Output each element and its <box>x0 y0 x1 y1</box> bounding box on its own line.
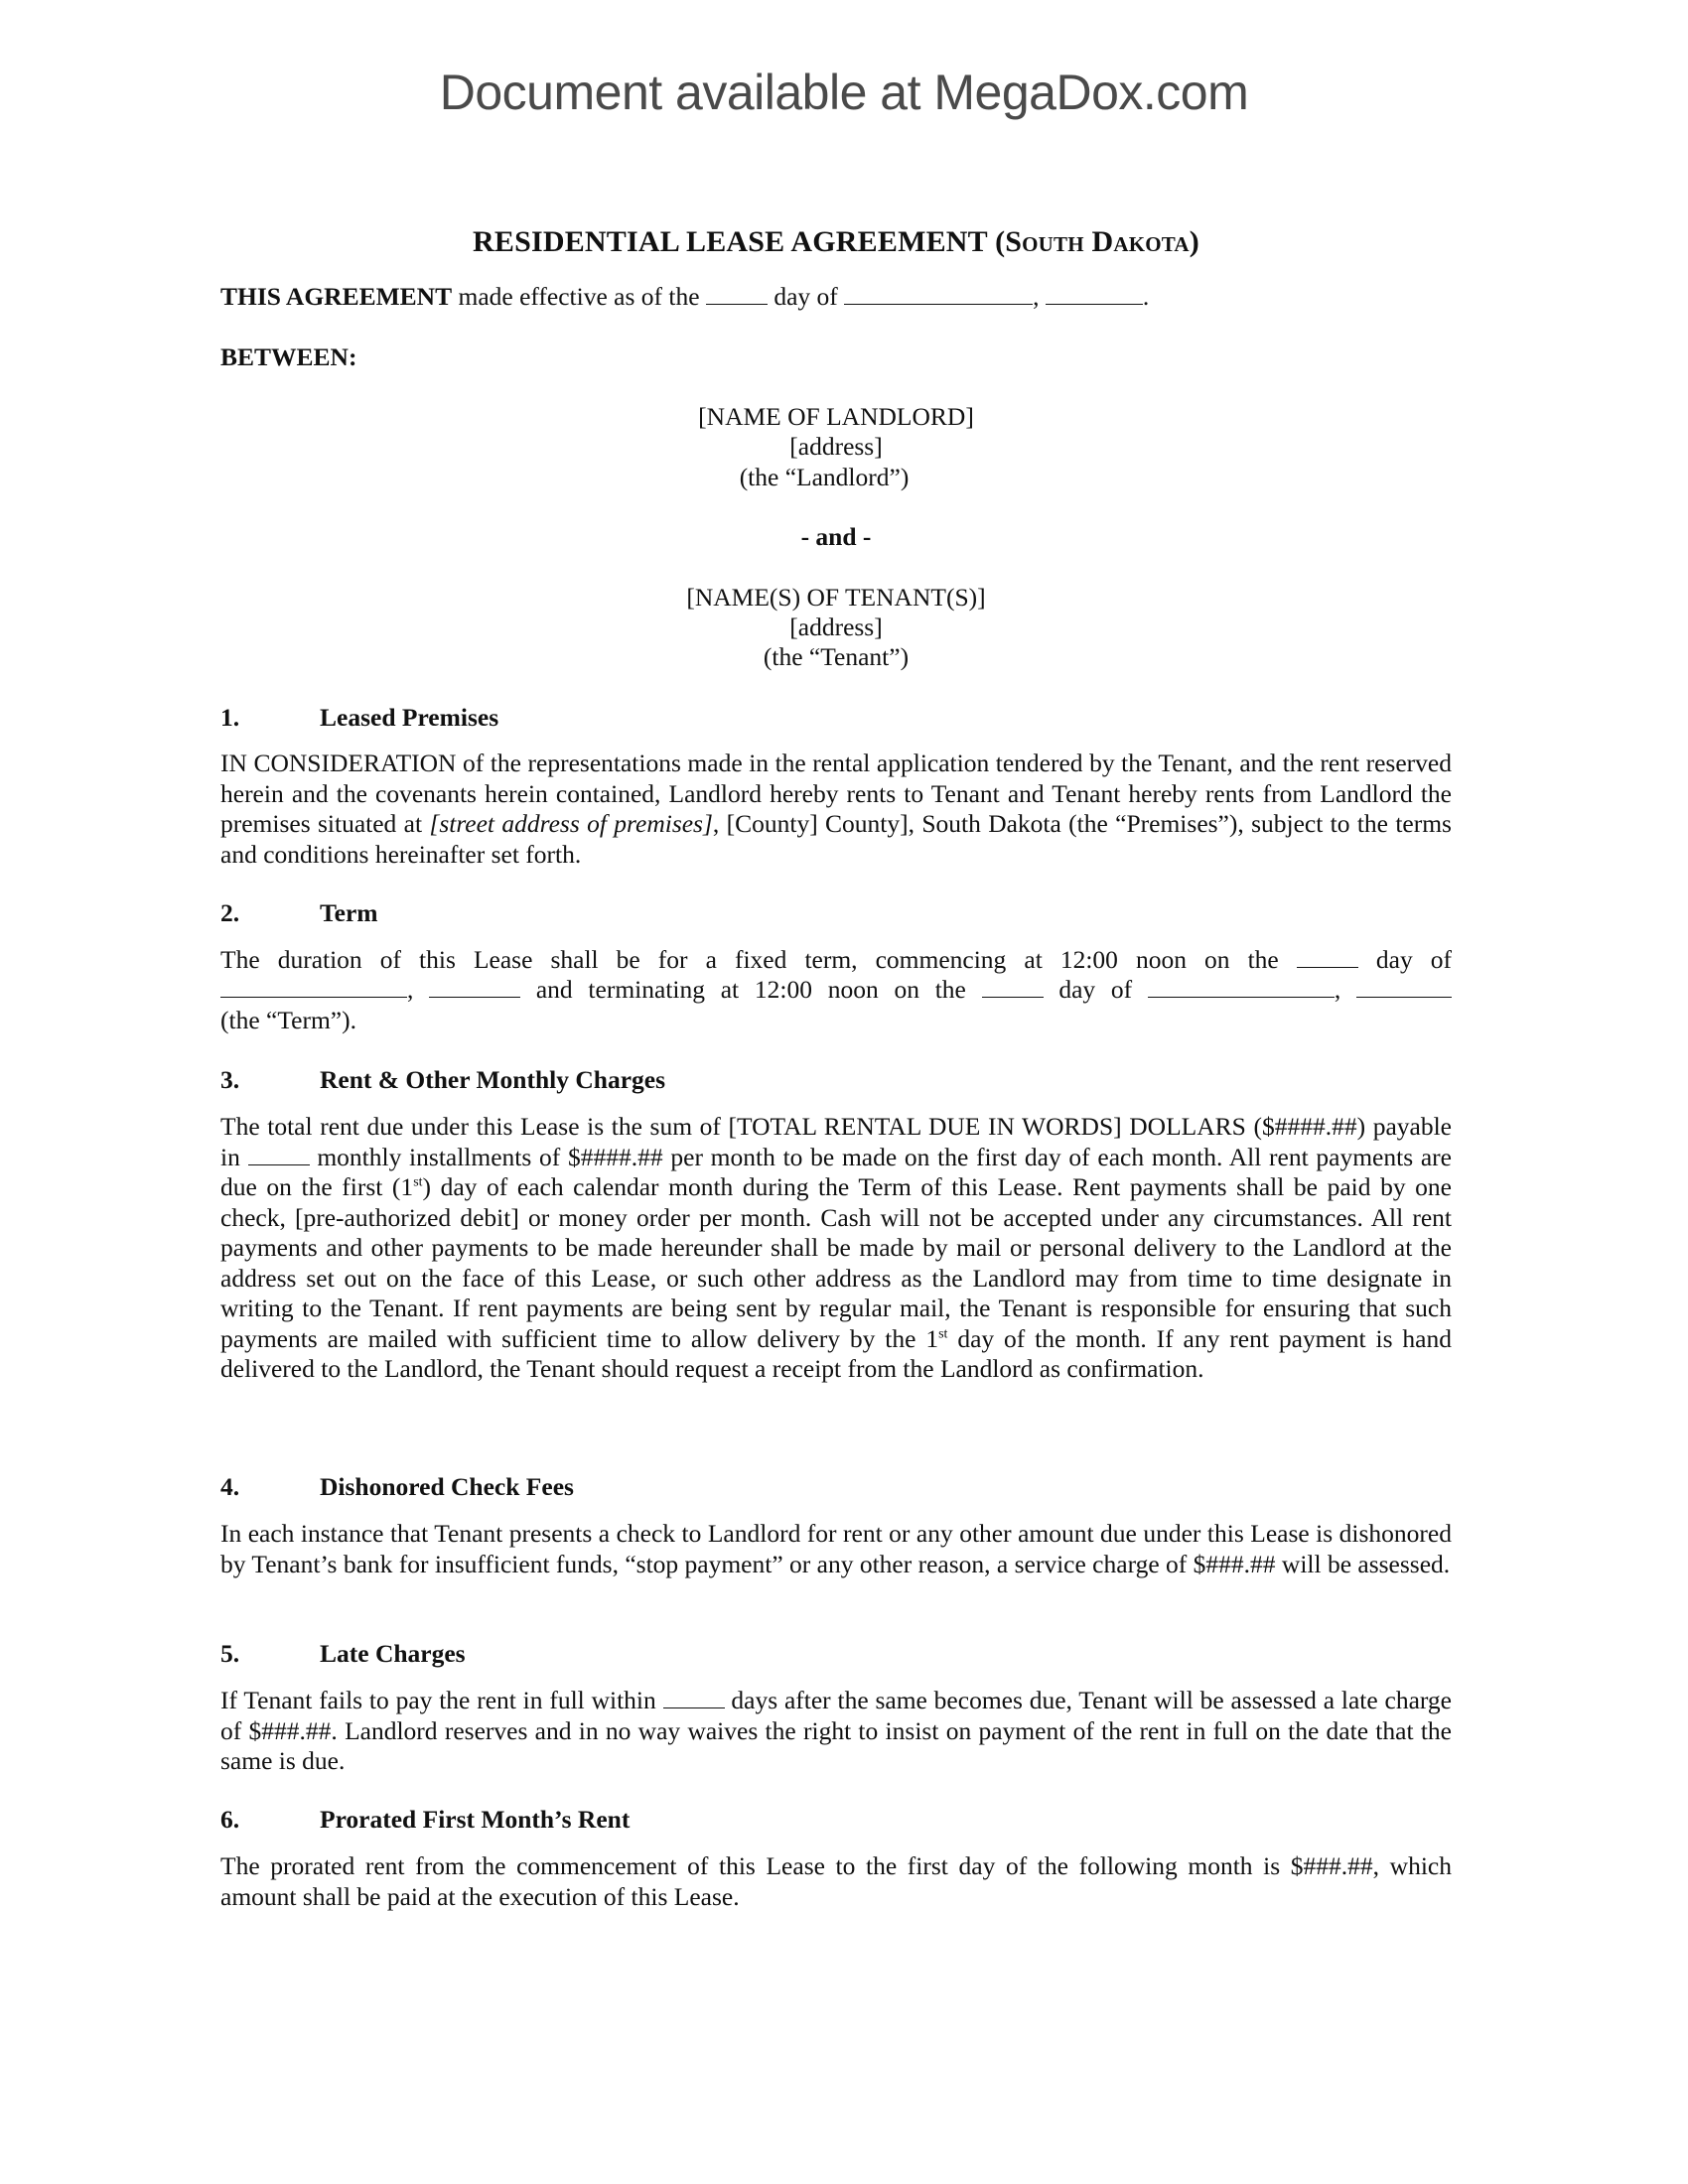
between-text: BETWEEN: <box>220 342 356 371</box>
section-heading: Prorated First Month’s Rent <box>320 1805 630 1836</box>
intro-text: , <box>1033 282 1046 311</box>
start-year-blank[interactable] <box>429 977 520 998</box>
landlord-name: [NAME OF LANDLORD] <box>220 402 1452 433</box>
intro-text: . <box>1143 282 1149 311</box>
section-body: If Tenant fails to pay the rent in full … <box>220 1686 1452 1777</box>
body-text: The duration of this Lease shall be for … <box>220 945 1297 974</box>
ordinal-suffix: st <box>413 1175 422 1190</box>
term-line-1: The duration of this Lease shall be for … <box>220 945 1452 976</box>
and-separator: - and - <box>220 522 1452 553</box>
tenant-name: [NAME(S) OF TENANT(S)] <box>220 583 1452 614</box>
section-heading: Late Charges <box>320 1639 466 1670</box>
section-number: 5. <box>220 1639 239 1670</box>
section-number: 6. <box>220 1805 239 1836</box>
tenant-defined: (the “Tenant”) <box>220 642 1452 673</box>
street-address-placeholder: [street address of premises] <box>429 809 713 838</box>
effective-day-blank[interactable] <box>706 284 768 305</box>
section-number: 4. <box>220 1472 239 1503</box>
section-body: The total rent due under this Lease is t… <box>220 1112 1452 1385</box>
section-body: In each instance that Tenant presents a … <box>220 1519 1452 1579</box>
watermark: Document available at MegaDox.com <box>0 64 1688 121</box>
section-heading: Leased Premises <box>320 703 498 734</box>
body-text: and terminating at 12:00 noon on the <box>520 975 981 1004</box>
intro-lead: THIS AGREEMENT <box>220 282 452 311</box>
body-text: , <box>1335 975 1356 1004</box>
landlord-defined: (the “Landlord”) <box>209 463 1440 493</box>
term-line-3: (the “Term”). <box>220 1006 356 1036</box>
body-text: day of <box>1044 975 1148 1004</box>
section-number: 2. <box>220 898 239 929</box>
section-heading: Rent & Other Monthly Charges <box>320 1065 665 1096</box>
term-line-2: , and terminating at 12:00 noon on the d… <box>220 975 1452 1006</box>
start-day-blank[interactable] <box>1297 947 1358 968</box>
document-title: RESIDENTIAL LEASE AGREEMENT (South Dakot… <box>220 227 1452 258</box>
intro-line: THIS AGREEMENT made effective as of the … <box>220 282 1149 313</box>
section-number: 1. <box>220 703 239 734</box>
start-month-blank[interactable] <box>220 977 407 998</box>
title-state: (South Dakota) <box>995 225 1199 258</box>
intro-text: made effective as of the <box>452 282 706 311</box>
body-text: If Tenant fails to pay the rent in full … <box>220 1686 663 1714</box>
end-year-blank[interactable] <box>1356 977 1452 998</box>
section-body: IN CONSIDERATION of the representations … <box>220 749 1452 870</box>
between-label: BETWEEN: <box>220 342 356 373</box>
section-heading: Dishonored Check Fees <box>320 1472 574 1503</box>
end-day-blank[interactable] <box>982 977 1044 998</box>
tenant-address: [address] <box>220 613 1452 643</box>
section-heading: Term <box>320 898 378 929</box>
effective-month-blank[interactable] <box>844 284 1033 305</box>
effective-year-blank[interactable] <box>1046 284 1143 305</box>
section-body: The prorated rent from the commencement … <box>220 1851 1452 1912</box>
body-text: , <box>407 975 429 1004</box>
section-number: 3. <box>220 1065 239 1096</box>
grace-days-blank[interactable] <box>663 1688 725 1708</box>
intro-text: day of <box>768 282 844 311</box>
installments-blank[interactable] <box>248 1145 310 1165</box>
body-text: day of <box>1358 945 1452 974</box>
landlord-address: [address] <box>220 432 1452 463</box>
title-main: RESIDENTIAL LEASE AGREEMENT <box>473 225 987 258</box>
end-month-blank[interactable] <box>1148 977 1335 998</box>
